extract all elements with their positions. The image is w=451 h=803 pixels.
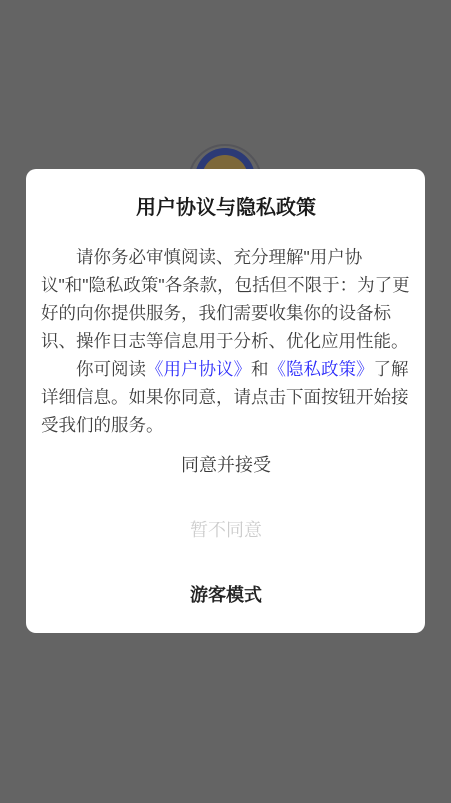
agreement-dialog: 用户协议与隐私政策 请你务必审慎阅读、充分理解"用户协议"和"隐私政策"各条款，…	[26, 169, 425, 633]
guest-mode-button[interactable]: 游客模式	[41, 583, 411, 608]
paragraph-2-before: 你可阅读	[76, 359, 146, 379]
agree-and-accept-button[interactable]: 同意并接受	[41, 453, 411, 478]
agreement-paragraph-1: 请你务必审慎阅读、充分理解"用户协议"和"隐私政策"各条款，包括但不限于：为了更…	[41, 243, 411, 355]
privacy-policy-link[interactable]: 《隐私政策》	[269, 359, 374, 379]
dialog-title: 用户协议与隐私政策	[41, 195, 411, 221]
paragraph-2-between: 和	[251, 359, 269, 379]
user-agreement-link[interactable]: 《用户协议》	[146, 359, 251, 379]
agreement-paragraph-2: 你可阅读《用户协议》和《隐私政策》了解详细信息。如果你同意，请点击下面按钮开始接…	[41, 355, 411, 439]
paragraph-1-text: 请你务必审慎阅读、充分理解"用户协议"和"隐私政策"各条款，包括但不限于：为了更…	[41, 247, 410, 351]
dialog-button-group: 同意并接受 暂不同意 游客模式	[41, 453, 411, 608]
agreement-body: 请你务必审慎阅读、充分理解"用户协议"和"隐私政策"各条款，包括但不限于：为了更…	[41, 243, 411, 439]
disagree-button[interactable]: 暂不同意	[41, 518, 411, 543]
